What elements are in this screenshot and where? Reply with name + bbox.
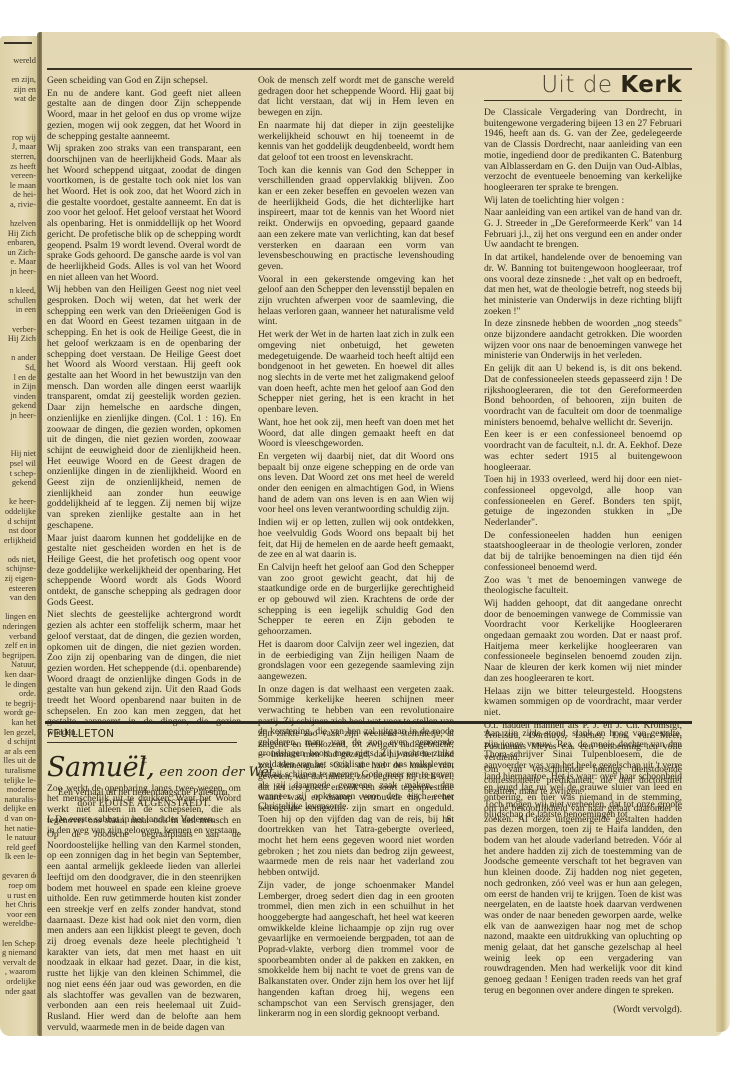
previous-page-line: wereldbe- xyxy=(2,919,36,929)
previous-page-line: nst door xyxy=(2,526,36,536)
previous-page-line xyxy=(2,66,36,76)
previous-page-line: Hij Zich xyxy=(2,229,36,239)
previous-page-line: ke heer- xyxy=(2,497,36,507)
feuilleton-label: FEUILLETON xyxy=(47,728,237,743)
previous-page-line: het Chris xyxy=(2,900,36,910)
previous-page-line: zijn en xyxy=(2,85,36,95)
previous-page-line: le maan xyxy=(2,181,36,191)
kerk-paragraph: En gelijk dit aan U bekend is, is dit on… xyxy=(484,364,682,428)
feuilleton-column-1: Op de Joodsche begraafplaats aan de Noor… xyxy=(47,830,241,1035)
feuilleton-column-3-paragraphs: Aan zijn zijde stond, slank en hoog van … xyxy=(484,729,682,997)
article-column-2: Ook de mensch zelf wordt met de gansche … xyxy=(258,76,454,826)
previous-page-line: sterren, xyxy=(2,152,36,162)
previous-page-line: gevaren de xyxy=(2,871,36,881)
previous-page-line xyxy=(2,421,36,431)
previous-page-rule xyxy=(4,42,32,44)
kerk-paragraph: In dat artikel, handelende over de benoe… xyxy=(484,253,682,317)
section-title-bold: Kerk xyxy=(620,72,682,98)
article-paragraph: Het werk der Wet in de harten laat zich … xyxy=(258,330,454,416)
previous-page-line: zs heeft xyxy=(2,162,36,172)
previous-page-line: le natuur xyxy=(2,833,36,843)
previous-page-line: d van on- xyxy=(2,814,36,824)
previous-page-line: kan het xyxy=(2,718,36,728)
previous-page-line: a, rivie- xyxy=(2,200,36,210)
article-paragraph: Het is daarom door Calvijn zeer wel inge… xyxy=(258,640,454,683)
story-author: door LOUISE ALGENSTAEDT. xyxy=(47,798,241,809)
previous-page-line: d schijnt xyxy=(2,737,36,747)
previous-page-line: gekend xyxy=(2,478,36,488)
previous-page-line: n ander xyxy=(2,353,36,363)
previous-page-line: van den xyxy=(2,593,36,603)
section-divider xyxy=(45,721,692,724)
previous-page-line: wereld xyxy=(2,56,36,66)
previous-page-line: le dingen xyxy=(2,680,36,690)
kerk-paragraph: De confessioneelen hadden hun eenigen st… xyxy=(484,531,682,574)
previous-page-line xyxy=(2,123,36,133)
feuilleton-column-2: zijn ziekte zoo vaak zijn weenend stemme… xyxy=(258,729,454,1022)
feuilleton-paragraph: Op de Joodsche begraafplaats aan de Noor… xyxy=(47,830,241,1033)
previous-page-line: jn heer- xyxy=(2,411,36,421)
previous-page-line: de hei- xyxy=(2,190,36,200)
previous-page-line xyxy=(2,440,36,450)
previous-page-line: ordelijke xyxy=(2,977,36,987)
previous-page-line: Hij Zich xyxy=(2,334,36,344)
previous-page-line: l en de xyxy=(2,373,36,383)
page-curl-edge xyxy=(716,38,730,1032)
previous-page-line: psel wil xyxy=(2,459,36,469)
previous-page-line xyxy=(2,344,36,354)
previous-page-line xyxy=(2,430,36,440)
article-paragraph: En nu de andere kant. God geeft niet all… xyxy=(47,89,241,143)
article-paragraph: Vooral in een gekerstende omgeving kan h… xyxy=(258,275,454,329)
previous-page-line: delijke en xyxy=(2,804,36,814)
previous-page-line: reld geef xyxy=(2,843,36,853)
previous-page-line: len gezel, xyxy=(2,728,36,738)
previous-page-line: in Zijn xyxy=(2,382,36,392)
previous-page-line: esteeren xyxy=(2,584,36,594)
previous-page-line: Sd, xyxy=(2,363,36,373)
previous-page-line: lles uit de xyxy=(2,756,36,766)
previous-page-line: nderingen xyxy=(2,622,36,632)
article-paragraph: En Calvijn heeft het geloof aan God den … xyxy=(258,563,454,638)
previous-page-line: naturalis- xyxy=(2,795,36,805)
previous-page-line: begrijpen. xyxy=(2,651,36,661)
previous-page-line: jn heer- xyxy=(2,267,36,277)
story-subtitle-line: Een verhaal uit het hedendaagsche Palest… xyxy=(47,787,241,798)
previous-page-line: ar als een xyxy=(2,747,36,757)
article-column-2-paragraphs: Ook de mensch zelf wordt met de gansche … xyxy=(258,76,454,813)
previous-page-line: hzelven xyxy=(2,219,36,229)
previous-page-line: vervalt de xyxy=(2,958,36,968)
previous-page-line: voor een xyxy=(2,910,36,920)
previous-page-line: rop wij xyxy=(2,133,36,143)
previous-page-line: vinden xyxy=(2,392,36,402)
kerk-paragraph: Wij laten de toelichting hier volgen : xyxy=(484,196,682,207)
previous-page-line xyxy=(2,104,36,114)
previous-page-line: en zijn, xyxy=(2,75,36,85)
previous-page-line: turalisme xyxy=(2,766,36,776)
section-title-uit-de-kerk: Uit de Kerk xyxy=(484,72,682,101)
top-rule xyxy=(47,68,692,70)
previous-page-line: J, maar xyxy=(2,142,36,152)
feuilleton-paragraph: Zijn vader, de jonge schoenmaker Mandel … xyxy=(258,881,454,1020)
previous-page-line: erlijkheid xyxy=(2,536,36,546)
previous-page-line: zelf en in xyxy=(2,641,36,651)
previous-page-line: telijke le- xyxy=(2,776,36,786)
previous-page-line: vereen- xyxy=(2,171,36,181)
previous-page-line xyxy=(2,315,36,325)
article-paragraph: Geen scheiding van God en Zijn schepsel. xyxy=(47,76,241,87)
previous-page-line: wat de xyxy=(2,94,36,104)
previous-page-line xyxy=(2,862,36,872)
kerk-paragraph: Zoo was 't met de benoemingen vanwege de… xyxy=(484,576,682,597)
previous-page-line xyxy=(2,545,36,555)
previous-page-line xyxy=(2,929,36,939)
article-paragraph: En naarmate hij dat dieper in zijn geest… xyxy=(258,121,454,164)
previous-page-line xyxy=(2,488,36,498)
previous-page-text: wereld en zijn,zijn enwat de rop wijJ, m… xyxy=(2,56,36,996)
section-title-light: Uit de xyxy=(541,72,612,98)
kerk-paragraph: Toen hij in 1933 overleed, werd hij door… xyxy=(484,475,682,529)
article-paragraph: Wij spraken zoo straks van een transpara… xyxy=(47,144,241,283)
kerk-column-paragraphs: De Classicale Vergadering van Dordrecht,… xyxy=(484,108,682,821)
previous-page-line: un Zich- xyxy=(2,248,36,258)
kerk-paragraph: Een keer is er een confessioneel benoemd… xyxy=(484,430,682,473)
newspaper-page: Geen scheiding van God en Zijn schepsel.… xyxy=(42,32,722,1036)
previous-page-line: schijnse- xyxy=(2,564,36,574)
previous-page-line: gekend xyxy=(2,401,36,411)
previous-page-line: verband xyxy=(2,632,36,642)
article-column-1: Geen scheiding van God en Zijn schepsel.… xyxy=(47,76,241,839)
previous-page-line: orde. xyxy=(2,689,36,699)
story-title-main: Samuël, xyxy=(47,752,154,783)
kerk-paragraph: Helaas zijn we bitter teleurgesteld. Hoo… xyxy=(484,687,682,719)
previous-page-line: ods niet, xyxy=(2,555,36,565)
previous-page-line: ken daar- xyxy=(2,670,36,680)
feuilleton-column-3: Aan zijn zijde stond, slank en hoog van … xyxy=(484,729,682,1015)
article-column-1-paragraphs: Geen scheiding van God en Zijn schepsel.… xyxy=(47,76,241,739)
previous-page-line: schullen xyxy=(2,296,36,306)
previous-page-line: g niemand xyxy=(2,948,36,958)
previous-page-line xyxy=(2,114,36,124)
continued-note: (Wordt vervolgd). xyxy=(484,1005,682,1016)
kerk-paragraph: In deze zinsnede hebben de woorden „nog … xyxy=(484,319,682,362)
article-paragraph: Wij hebben van den Heiligen Geest nog ni… xyxy=(47,285,241,531)
previous-page-line: wordt ge- xyxy=(2,708,36,718)
previous-page-line: het natie- xyxy=(2,824,36,834)
kerk-paragraph: Naar aanleiding van een artikel van de h… xyxy=(484,208,682,251)
feuilleton-column-2-paragraphs: zijn ziekte zoo vaak zijn weenend stemme… xyxy=(258,729,454,1020)
previous-page-line: , waarom xyxy=(2,967,36,977)
story-title: Samuël, een zoon der Wet. xyxy=(47,752,241,783)
previous-page-line: d schijnt xyxy=(2,517,36,527)
previous-page-line: enbaren, xyxy=(2,238,36,248)
kerk-paragraph: Wij hadden gehoopt, dat dit aangedane on… xyxy=(484,599,682,685)
previous-page-line: lk een le- xyxy=(2,852,36,862)
article-paragraph: Ook de mensch zelf wordt met de gansche … xyxy=(258,76,454,119)
previous-page-line: t schep- xyxy=(2,469,36,479)
article-paragraph: Toch kan die kennis van God den Schepper… xyxy=(258,166,454,273)
previous-page-edge: wereld en zijn,zijn enwat de rop wijJ, m… xyxy=(0,36,40,1036)
previous-page-line: moderne xyxy=(2,785,36,795)
story-subtitle: Een verhaal uit het hedendaagsche Palest… xyxy=(47,787,241,809)
previous-page-line xyxy=(2,277,36,287)
previous-page-line: roep om xyxy=(2,881,36,891)
previous-page-line: Natuur, xyxy=(2,660,36,670)
feuilleton-paragraph: zijn ziekte zoo vaak zijn weenend stemme… xyxy=(258,729,454,879)
article-paragraph: En vergeten wij daarbij niet, dat dit Wo… xyxy=(258,452,454,516)
kerk-column: De Classicale Vergadering van Dordrecht,… xyxy=(484,108,682,823)
chapter-heading: I. De eerste sabbat in het land der Vade… xyxy=(47,814,241,825)
previous-page-line: n kleed, xyxy=(2,286,36,296)
previous-page-line: len Schep- xyxy=(2,939,36,949)
previous-page-line: in een xyxy=(2,305,36,315)
previous-page-line: nder gaat xyxy=(2,987,36,997)
article-paragraph: Niet slechts de geestelijke achtergrond … xyxy=(47,610,241,738)
previous-page-line xyxy=(2,603,36,613)
previous-page-line: te begrij- xyxy=(2,699,36,709)
previous-page-line: oddelijke xyxy=(2,507,36,517)
article-paragraph: Maar juist daarom kunnen het goddelijke … xyxy=(47,534,241,609)
previous-page-line: lingen en xyxy=(2,612,36,622)
previous-page-line: u rust en xyxy=(2,891,36,901)
previous-page-line: Hij niet xyxy=(2,449,36,459)
previous-page-line: e. Maar xyxy=(2,257,36,267)
article-paragraph: Indien wij er op letten, zullen wij ook … xyxy=(258,518,454,561)
previous-page-line xyxy=(2,210,36,220)
article-paragraph: Want, hoe het ook zij, men heeft van doe… xyxy=(258,418,454,450)
feuilleton-column-1-paragraphs: Op de Joodsche begraafplaats aan de Noor… xyxy=(47,830,241,1033)
previous-page-line: zij eigen- xyxy=(2,574,36,584)
feuilleton-paragraph: Aan zijn zijde stond, slank en hoog van … xyxy=(484,729,682,997)
previous-page-line: verber- xyxy=(2,325,36,335)
kerk-paragraph: De Classicale Vergadering van Dordrecht,… xyxy=(484,108,682,194)
